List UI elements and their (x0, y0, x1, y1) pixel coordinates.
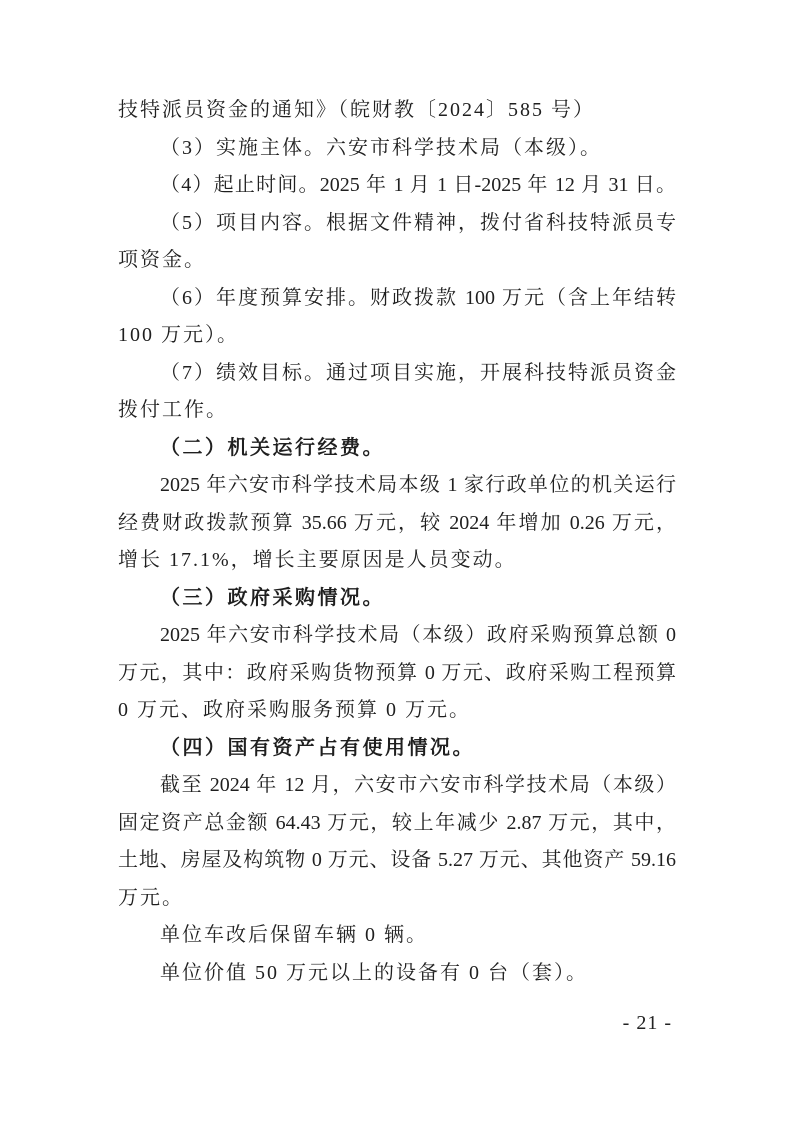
text-line: 固定资产总金额 64.43 万元，较上年减少 2.87 万元，其中， (118, 805, 676, 843)
text-line: 技特派员资金的通知》（皖财教〔2024〕585 号） (118, 92, 676, 130)
document-page: 技特派员资金的通知》（皖财教〔2024〕585 号）（3）实施主体。六安市科学技… (0, 0, 793, 1122)
text-line: （6）年度预算安排。财政拨款 100 万元（含上年结转 (118, 280, 676, 318)
text-line: 100 万元）。 (118, 317, 676, 355)
text-line: 增长 17.1%，增长主要原因是人员变动。 (118, 542, 676, 580)
text-line: （7）绩效目标。通过项目实施，开展科技特派员资金 (118, 355, 676, 393)
text-line: 项资金。 (118, 242, 676, 280)
section-heading: （二）机关运行经费。 (118, 430, 676, 468)
text-line: （4）起止时间。2025 年 1 月 1 日-2025 年 12 月 31 日。 (118, 167, 676, 205)
text-line: 经费财政拨款预算 35.66 万元，较 2024 年增加 0.26 万元， (118, 505, 676, 543)
document-body: 技特派员资金的通知》（皖财教〔2024〕585 号）（3）实施主体。六安市科学技… (118, 92, 676, 992)
text-line: 截至 2024 年 12 月，六安市六安市科学技术局（本级） (118, 767, 676, 805)
text-line: 2025 年六安市科学技术局本级 1 家行政单位的机关运行 (118, 467, 676, 505)
section-heading: （三）政府采购情况。 (118, 580, 676, 618)
text-line: （3）实施主体。六安市科学技术局（本级）。 (118, 130, 676, 168)
section-heading: （四）国有资产占有使用情况。 (118, 730, 676, 768)
text-line: 土地、房屋及构筑物 0 万元、设备 5.27 万元、其他资产 59.16 (118, 842, 676, 880)
text-line: （5）项目内容。根据文件精神，拨付省科技特派员专 (118, 205, 676, 243)
page-number: - 21 - (623, 1012, 672, 1035)
text-line: 单位价值 50 万元以上的设备有 0 台（套）。 (118, 955, 676, 993)
text-line: 单位车改后保留车辆 0 辆。 (118, 917, 676, 955)
text-line: 万元，其中：政府采购货物预算 0 万元、政府采购工程预算 (118, 655, 676, 693)
text-line: 拨付工作。 (118, 392, 676, 430)
text-line: 万元。 (118, 880, 676, 918)
text-line: 2025 年六安市科学技术局（本级）政府采购预算总额 0 (118, 617, 676, 655)
text-line: 0 万元、政府采购服务预算 0 万元。 (118, 692, 676, 730)
